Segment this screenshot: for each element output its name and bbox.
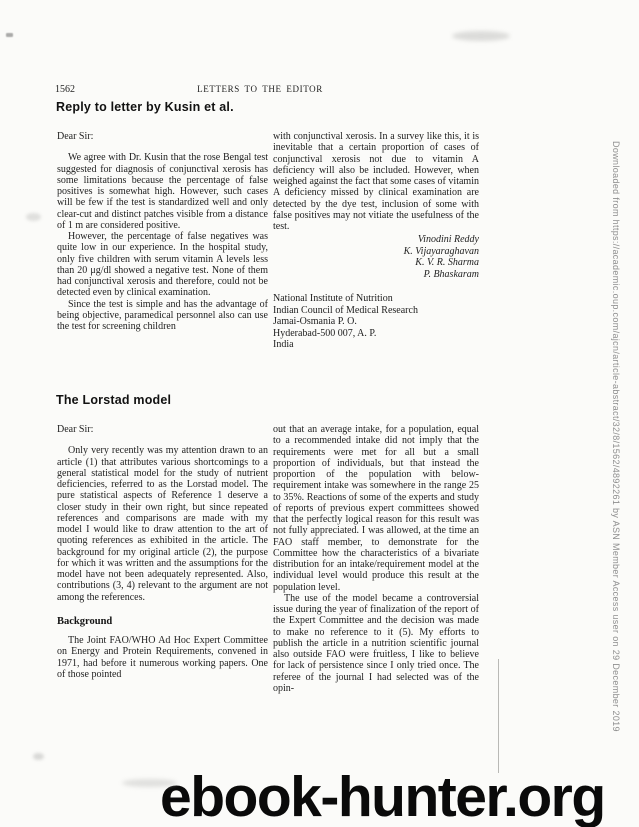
scan-artifact <box>6 33 13 37</box>
scan-artifact <box>33 753 44 760</box>
letter1-paragraph: with conjunctival xerosis. In a survey l… <box>273 131 479 232</box>
watermark-text: ebook-hunter.org <box>160 764 605 827</box>
letter2-paragraph: out that an average intake, for a popula… <box>273 424 479 593</box>
signature-line: Vinodini Reddy <box>273 234 479 246</box>
letter2-title: The Lorstad model <box>56 393 171 407</box>
divider-line <box>498 659 499 773</box>
letter2-paragraph: Only very recently was my attention draw… <box>57 445 268 603</box>
letter1-title: Reply to letter by Kusin et al. <box>56 100 234 114</box>
scan-artifact <box>452 31 510 41</box>
scan-artifact <box>122 779 177 787</box>
scanned-journal-page: { "page": { "number": "1562", "running_h… <box>0 0 639 827</box>
letter1-salutation: Dear Sir: <box>57 131 268 142</box>
letter1-right-column: with conjunctival xerosis. In a survey l… <box>273 131 479 351</box>
affiliation-line: Jamai-Osmania P. O. <box>273 316 479 328</box>
letter1-paragraph: We agree with Dr. Kusin that the rose Be… <box>57 152 268 231</box>
signature-line: K. Vijayaraghavan <box>273 246 479 258</box>
running-head: LETTERS TO THE EDITOR <box>40 84 480 94</box>
letter2-paragraph: The Joint FAO/WHO Ad Hoc Expert Committe… <box>57 635 268 680</box>
scan-artifact <box>26 213 41 221</box>
letter2-right-column: out that an average intake, for a popula… <box>273 424 479 694</box>
download-note: Downloaded from https://academic.oup.com… <box>611 141 621 732</box>
affiliation-line: India <box>273 339 479 351</box>
letter2-salutation: Dear Sir: <box>57 424 268 435</box>
background-section-heading: Background <box>57 616 268 627</box>
letter1-left-column: Dear Sir: We agree with Dr. Kusin that t… <box>57 131 268 332</box>
signature-line: P. Bhaskaram <box>273 269 479 281</box>
letter2-paragraph: The use of the model became a controvers… <box>273 593 479 694</box>
signature-line: K. V. R. Sharma <box>273 257 479 269</box>
affiliation-line: Indian Council of Medical Research <box>273 305 479 317</box>
affiliation-block: National Institute of Nutrition Indian C… <box>273 293 479 351</box>
affiliation-line: National Institute of Nutrition <box>273 293 479 305</box>
letter2-left-column: Dear Sir: Only very recently was my atte… <box>57 424 268 680</box>
signature-block: Vinodini Reddy K. Vijayaraghavan K. V. R… <box>273 234 479 280</box>
letter1-paragraph: Since the test is simple and has the adv… <box>57 299 268 333</box>
affiliation-line: Hyderabad-500 007, A. P. <box>273 328 479 340</box>
letter1-paragraph: However, the percentage of false negativ… <box>57 231 268 299</box>
